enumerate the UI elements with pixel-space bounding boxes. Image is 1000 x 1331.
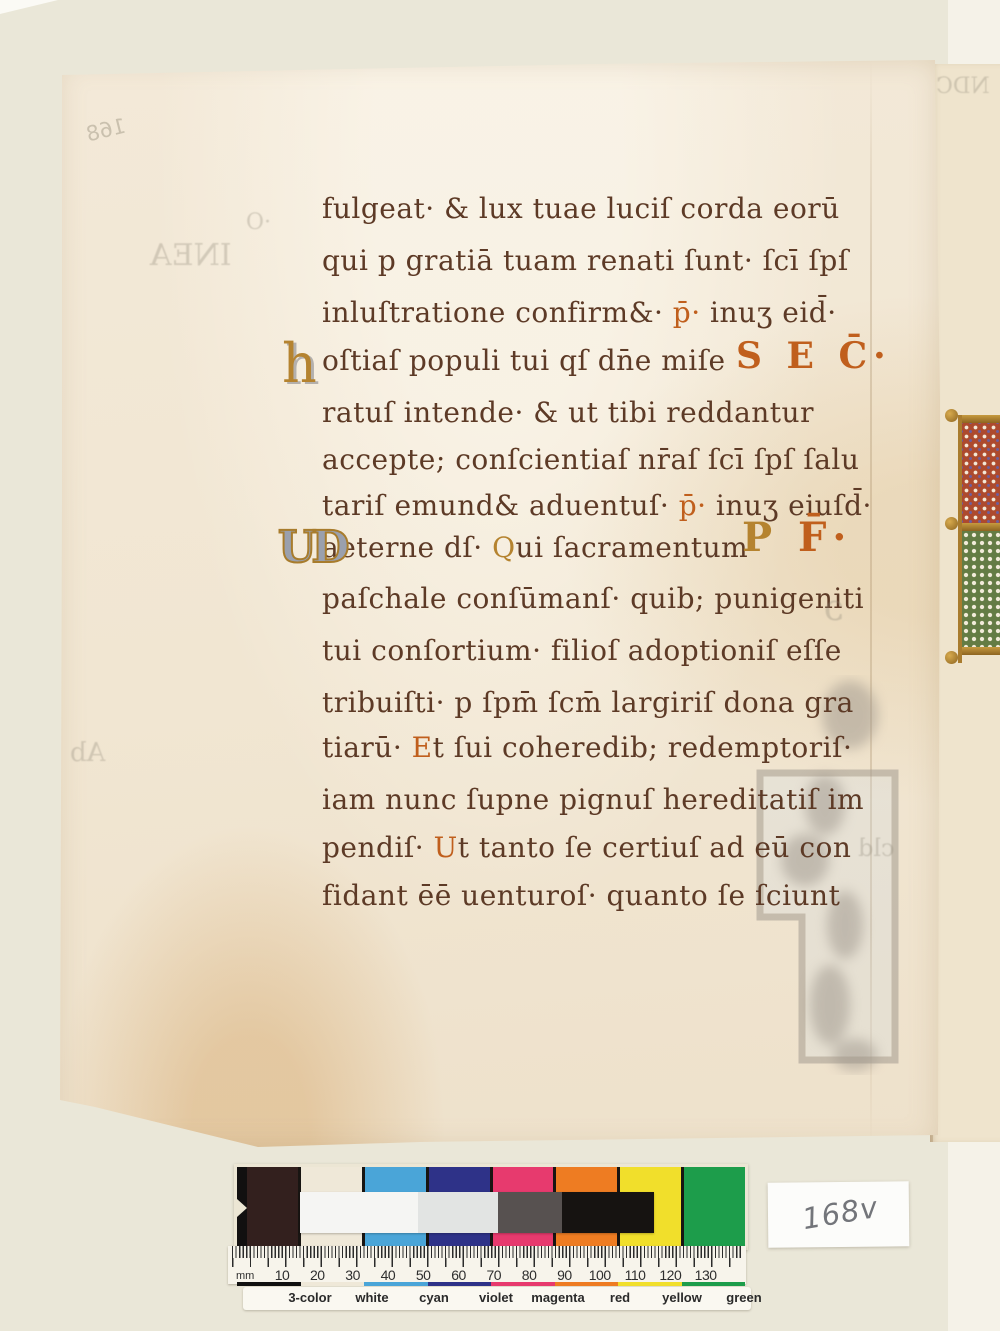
line-segment: aeterne dſ· <box>322 531 492 564</box>
show-through-text: cld <box>858 834 894 862</box>
edge-segment <box>491 1282 555 1286</box>
rubric-segment: F̄· <box>798 514 852 561</box>
ruler-number: 60 <box>451 1267 466 1283</box>
line-segment: inluſtratione confirm&· <box>322 296 673 329</box>
ruler-number: 100 <box>589 1267 611 1283</box>
line-segment: inuʒ eid̄· <box>701 296 837 329</box>
line-segment: accepte; conſcientiaſ nr̄aſ ſcī ſpſ ſalu <box>322 443 859 476</box>
line-segment: tribuiſti· p ſpm̄ ſcm̄ largiriſ dona gra <box>322 686 854 719</box>
manuscript-line: tiarū· Et ſui coheredib; redemptoriſ· <box>322 734 852 762</box>
manuscript-photo: fulgeat· & lux tuae luciſ corda eorūqui … <box>0 0 1000 1331</box>
show-through-text: Ab <box>70 738 105 768</box>
line-segment: pendiſ· <box>322 831 434 864</box>
text-block: fulgeat· & lux tuae luciſ corda eorūqui … <box>0 0 1000 1160</box>
ruler-number: 20 <box>310 1267 325 1283</box>
rubric-caps: P F̄· <box>742 518 852 558</box>
line-segment: iam nunc ſupne pignuſ hereditatiſ im <box>322 783 864 816</box>
line-segment: ui ſacramentum <box>516 531 749 564</box>
gray-step <box>562 1192 654 1233</box>
rubric-caps: S E C̄· <box>736 338 892 374</box>
color-name-label: 3-color <box>288 1290 331 1305</box>
line-segment: paſchale conſūmanſ· quib; punigeniti <box>322 582 864 615</box>
edge-segment <box>682 1282 746 1286</box>
edge-segment <box>364 1282 428 1286</box>
color-edge-strip <box>237 1282 745 1286</box>
color-name-label: yellow <box>662 1290 702 1305</box>
decorated-initial: h <box>282 337 317 391</box>
manuscript-line: ratuſ intende· & ut tibi reddantur <box>322 399 814 427</box>
line-segment: Q <box>492 531 515 564</box>
line-segment: p̄· <box>679 489 707 522</box>
ruler-number: 50 <box>416 1267 431 1283</box>
manuscript-line: fidant ēē uenturoſ· quanto ſe ſciunt <box>322 882 840 910</box>
manuscript-line: paſchale conſūmanſ· quib; punigeniti <box>322 585 864 613</box>
line-segment: tariſ emund& aduentuſ· <box>322 489 679 522</box>
folio-label-text: 168v <box>800 1190 881 1236</box>
edge-segment <box>555 1282 619 1286</box>
line-segment: fulgeat· & lux tuae luciſ corda eorū <box>322 192 840 225</box>
ruler-number: 70 <box>487 1267 502 1283</box>
line-segment: U <box>434 831 458 864</box>
manuscript-line: hoſtiaſ populi tui qſ dn̄e miſe <box>322 347 726 375</box>
ruler: mm 102030405060708090100110120130 <box>228 1246 746 1284</box>
manuscript-line: fulgeat· & lux tuae luciſ corda eorū <box>322 195 840 223</box>
edge-segment <box>301 1282 365 1286</box>
edge-segment <box>428 1282 492 1286</box>
line-segment: tiarū· <box>322 731 412 764</box>
gray-step <box>418 1192 498 1233</box>
color-labels-strip: 3-colorwhitecyanvioletmagentaredyellowgr… <box>243 1287 751 1310</box>
manuscript-line: qui p gratiā tuam renati ſunt· ſcī ſpſ <box>322 247 849 275</box>
color-patch-green <box>684 1167 745 1250</box>
grayscale-strip <box>300 1192 654 1233</box>
gray-step <box>300 1192 418 1233</box>
ruler-unit: mm <box>236 1270 254 1282</box>
manuscript-line: tui conſortium· filioſ adoptioniſ eſſe <box>322 637 842 665</box>
color-name-label: magenta <box>531 1290 584 1305</box>
manuscript-line: accepte; conſcientiaſ nr̄aſ ſcī ſpſ ſalu <box>322 446 859 474</box>
ruler-number: 40 <box>381 1267 396 1283</box>
ruler-number: 30 <box>345 1267 360 1283</box>
show-through-text: INEA <box>150 238 232 273</box>
ruler-number: 10 <box>275 1267 290 1283</box>
color-name-label: cyan <box>419 1290 449 1305</box>
ruler-number: 90 <box>557 1267 572 1283</box>
line-segment: tui conſortium· filioſ adoptioniſ eſſe <box>322 634 842 667</box>
color-name-label: green <box>726 1290 761 1305</box>
rubric-segment: S E C̄· <box>736 335 892 377</box>
line-segment: ratuſ intende· & ut tibi reddantur <box>322 396 814 429</box>
show-through-text: NDC <box>936 74 990 99</box>
manuscript-line: inluſtratione confirm&· p̄· inuʒ eid̄· <box>322 299 837 327</box>
folio-label: 168v <box>768 1181 910 1247</box>
show-through-text: ɔ <box>824 588 844 629</box>
edge-segment <box>618 1282 682 1286</box>
ruler-major-ticks <box>232 1258 742 1267</box>
manuscript-line: pendiſ· Ut tanto ſe certiuſ ad eū con <box>322 834 851 862</box>
ruler-number: 80 <box>522 1267 537 1283</box>
ruler-number: 110 <box>625 1267 646 1283</box>
ruler-minor-ticks <box>232 1246 742 1258</box>
manuscript-line: UDaeterne dſ· Qui ſacramentum <box>322 534 748 562</box>
line-segment: t ſui coheredib; redemptoriſ· <box>433 731 853 764</box>
gray-step <box>498 1192 562 1233</box>
color-patch-3-color <box>237 1167 298 1250</box>
manuscript-line: tribuiſti· p ſpm̄ ſcm̄ largiriſ dona gra <box>322 689 854 717</box>
color-name-label: white <box>355 1290 388 1305</box>
color-name-label: violet <box>479 1290 513 1305</box>
show-through-text: ·O <box>246 210 271 235</box>
edge-segment <box>237 1282 301 1286</box>
line-segment: fidant ēē uenturoſ· quanto ſe ſciunt <box>322 879 840 912</box>
line-segment: qui p gratiā tuam renati ſunt· ſcī ſpſ <box>322 244 849 277</box>
decorated-initial: UD <box>278 526 345 570</box>
line-segment: t tanto ſe certiuſ ad eū con <box>458 831 852 864</box>
line-segment: p̄· <box>673 296 701 329</box>
rubric-segment: P <box>742 514 798 561</box>
line-segment: oſtiaſ populi tui qſ dn̄e miſe <box>322 344 726 377</box>
manuscript-line: iam nunc ſupne pignuſ hereditatiſ im <box>322 786 864 814</box>
ruler-number: 130 <box>695 1267 717 1283</box>
ruler-number: 120 <box>659 1267 681 1283</box>
color-name-label: red <box>610 1290 630 1305</box>
line-segment: E <box>412 731 433 764</box>
